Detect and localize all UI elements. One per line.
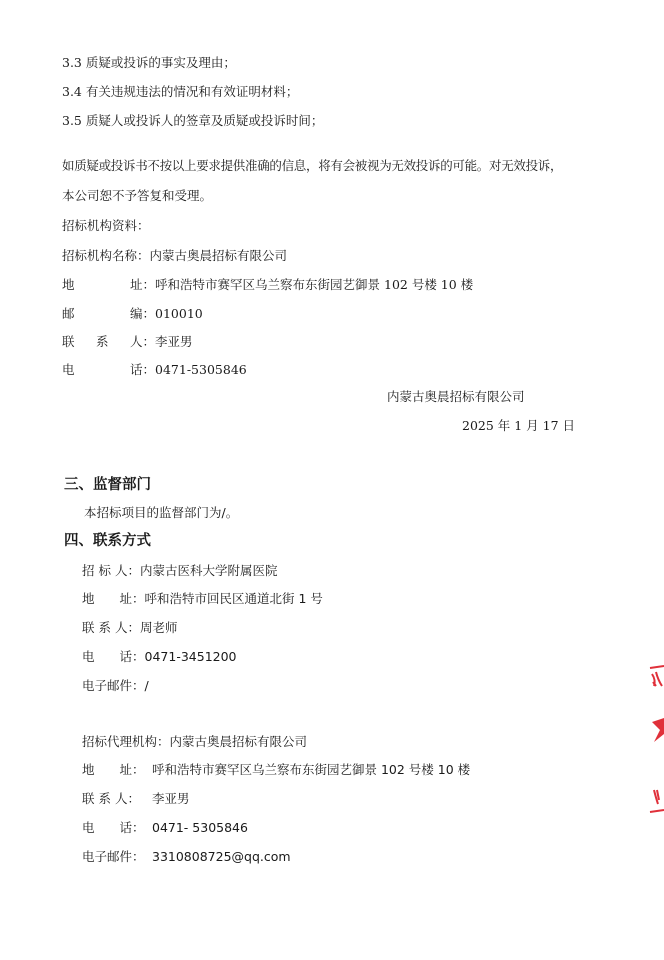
agency-phone-row: 电话：0471-5305846 bbox=[62, 362, 247, 378]
section-3-heading: 三、监督部门 bbox=[64, 476, 151, 494]
phone-label-1: 电 bbox=[62, 362, 130, 378]
agency-email-value: 3310808725@qq.com bbox=[152, 849, 291, 864]
tenderer-label: 招 标 人： bbox=[82, 563, 140, 578]
section-3-body: 本招标项目的监督部门为/。 bbox=[84, 505, 238, 521]
postcode-label-2: 编： bbox=[130, 306, 155, 321]
tenderer-contact-label: 联 系 人： bbox=[82, 620, 140, 635]
agency-name-value: 内蒙古奥晨招标有限公司 bbox=[150, 248, 288, 263]
agency-address-label: 地 址： bbox=[82, 762, 152, 778]
agency-label: 招标代理机构： bbox=[82, 734, 170, 749]
agency-email-row: 电子邮件：3310808725@qq.com bbox=[82, 849, 291, 865]
agency-value: 内蒙古奥晨招标有限公司 bbox=[170, 734, 308, 749]
agency-contact-value-2: 李亚男 bbox=[152, 791, 190, 806]
signature-date: 2025 年 1 月 17 日 bbox=[462, 418, 575, 434]
tenderer-address-label: 地 址： bbox=[82, 591, 145, 606]
agency-contact-value: 李亚男 bbox=[155, 334, 193, 349]
agency-phone-row-2: 电 话：0471- 5305846 bbox=[82, 820, 248, 836]
agency-name-label: 招标机构名称： bbox=[62, 248, 150, 263]
complaint-item-3-4: 3.4 有关违规违法的情况和有效证明材料； bbox=[62, 84, 298, 100]
tenderer-phone-label: 电 话： bbox=[82, 649, 145, 664]
contact-label-2: 系 bbox=[96, 334, 130, 350]
tenderer-contact-row: 联 系 人：周老师 bbox=[82, 620, 177, 636]
notice-line-2: 本公司恕不予答复和受理。 bbox=[62, 188, 212, 204]
agency-postcode-row: 邮编：010010 bbox=[62, 306, 203, 322]
complaint-item-3-5: 3.5 质疑人或投诉人的签章及质疑或投诉时间； bbox=[62, 113, 323, 129]
address-label-1: 地 bbox=[62, 277, 130, 293]
tenderer-value: 内蒙古医科大学附属医院 bbox=[140, 563, 278, 578]
agency-address-value: 呼和浩特市赛罕区乌兰察布东街园艺御景 102 号楼 10 楼 bbox=[155, 277, 473, 292]
contact-label-3: 人： bbox=[130, 334, 155, 349]
agency-phone-value-2: 0471- 5305846 bbox=[152, 820, 248, 835]
section-4-heading: 四、联系方式 bbox=[64, 532, 151, 550]
agency-contact-block-row: 招标代理机构：内蒙古奥晨招标有限公司 bbox=[82, 734, 307, 750]
tenderer-address-value: 呼和浩特市回民区通道北街 1 号 bbox=[145, 591, 323, 606]
agency-address-row: 地址：呼和浩特市赛罕区乌兰察布东街园艺御景 102 号楼 10 楼 bbox=[62, 277, 473, 293]
agency-email-label: 电子邮件： bbox=[82, 849, 152, 865]
postcode-label-1: 邮 bbox=[62, 306, 130, 322]
tenderer-email-value: / bbox=[145, 678, 149, 693]
contact-label-1: 联 bbox=[62, 334, 96, 350]
agency-postcode-value: 010010 bbox=[155, 306, 203, 321]
tenderer-email-row: 电子邮件：/ bbox=[82, 678, 149, 694]
agency-contact-row: 联系人：李亚男 bbox=[62, 334, 193, 350]
seal-icon bbox=[644, 660, 664, 820]
address-label-2: 址： bbox=[130, 277, 155, 292]
agency-phone-label: 电 话： bbox=[82, 820, 152, 836]
agency-address-value-2: 呼和浩特市赛罕区乌兰察布东街园艺御景 102 号楼 10 楼 bbox=[152, 762, 470, 777]
agency-contact-row-2: 联 系 人：李亚男 bbox=[82, 791, 190, 807]
signature-company: 内蒙古奥晨招标有限公司 bbox=[387, 389, 525, 405]
agency-address-row-2: 地 址：呼和浩特市赛罕区乌兰察布东街园艺御景 102 号楼 10 楼 bbox=[82, 762, 470, 778]
agency-contact-label: 联 系 人： bbox=[82, 791, 152, 807]
company-seal-partial bbox=[644, 660, 664, 820]
complaint-item-3-3: 3.3 质疑或投诉的事实及理由； bbox=[62, 55, 236, 71]
tenderer-address-row: 地 址：呼和浩特市回民区通道北街 1 号 bbox=[82, 591, 323, 607]
tenderer-phone-value: 0471-3451200 bbox=[145, 649, 237, 664]
tenderer-row: 招 标 人：内蒙古医科大学附属医院 bbox=[82, 563, 277, 579]
agency-phone-value: 0471-5305846 bbox=[155, 362, 247, 377]
agency-name-row: 招标机构名称：内蒙古奥晨招标有限公司 bbox=[62, 248, 287, 264]
agency-info-title: 招标机构资料： bbox=[62, 218, 150, 234]
tenderer-phone-row: 电 话：0471-3451200 bbox=[82, 649, 237, 665]
notice-line-1: 如质疑或投诉书不按以上要求提供准确的信息，将有会被视为无效投诉的可能。对无效投诉… bbox=[62, 158, 562, 174]
tenderer-email-label: 电子邮件： bbox=[82, 678, 145, 693]
tenderer-contact-value: 周老师 bbox=[140, 620, 178, 635]
phone-label-2: 话： bbox=[130, 362, 155, 377]
